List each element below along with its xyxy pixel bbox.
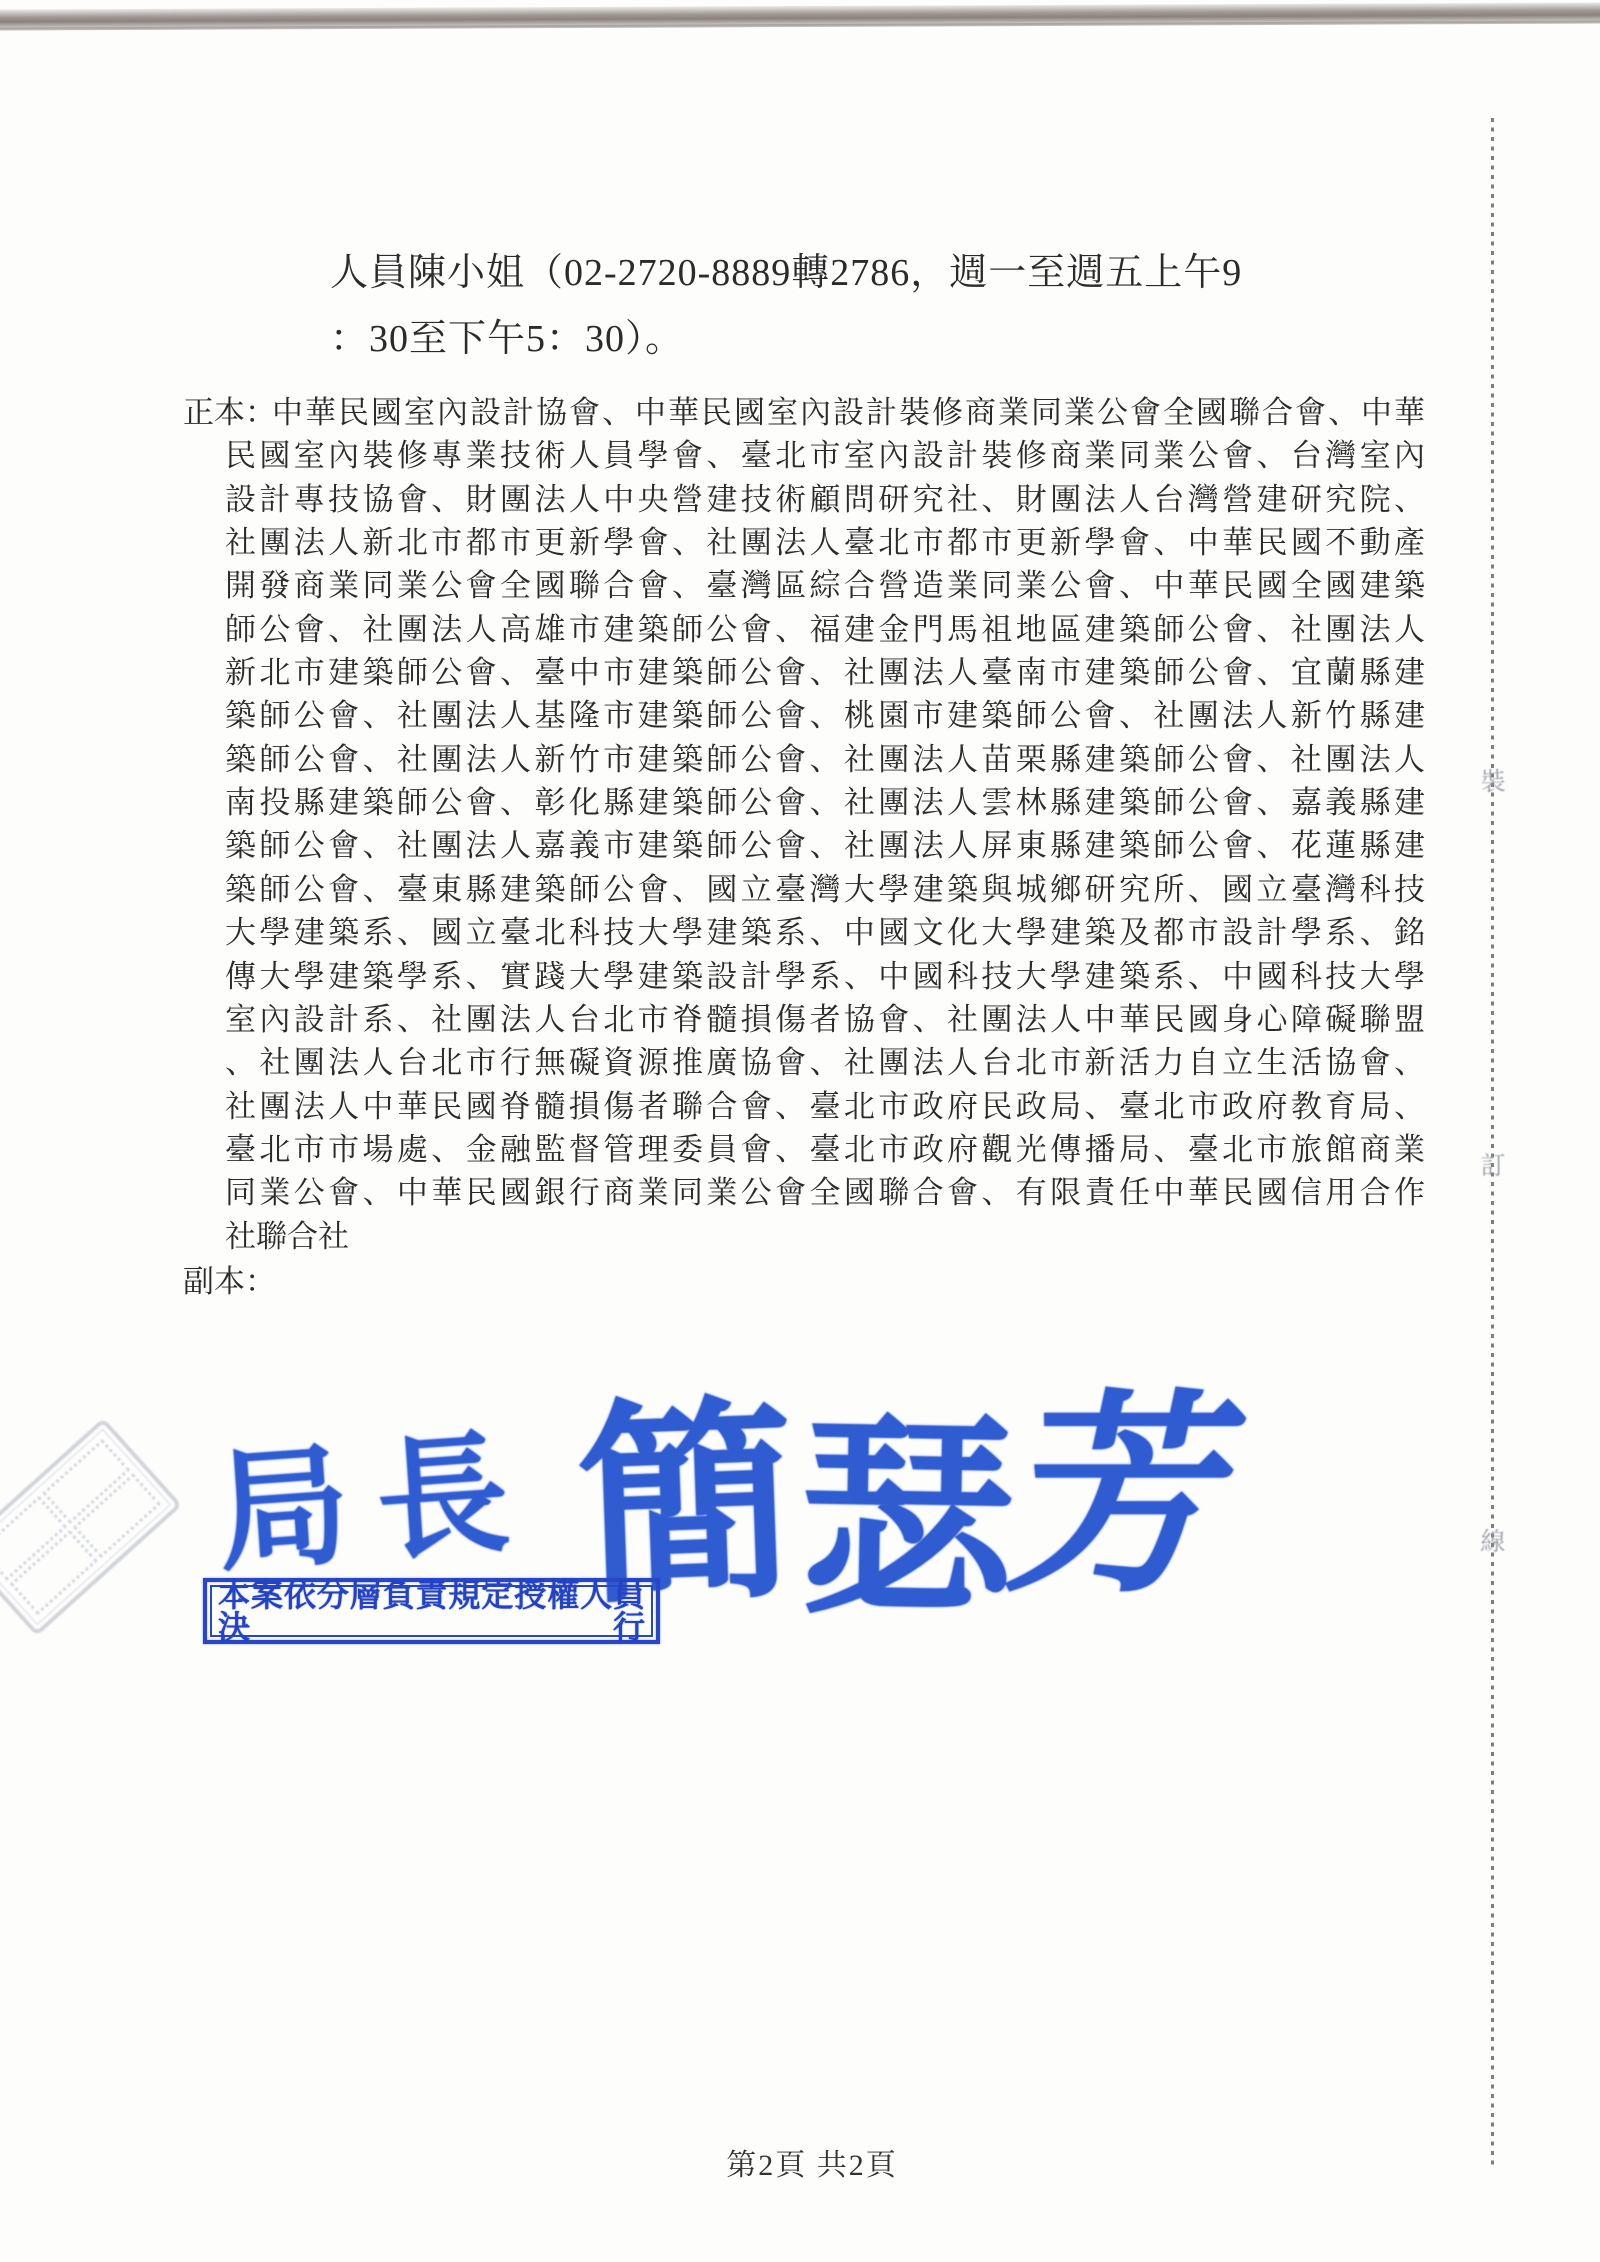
binding-dotted-line	[1491, 118, 1494, 2166]
recipient-line: 社團法人新北市都市更新學會、社團法人臺北市都市更新學會、中華民國不動產	[225, 521, 1425, 564]
scanned-document-page: 裝 訂 線 人員陳小姐（02-2720-8889轉2786，週一至週五上午9 ：…	[0, 0, 1600, 2262]
recipient-line: 築師公會、社團法人新竹市建築師公會、社團法人苗栗縣建築師公會、社團法人	[225, 738, 1425, 781]
name-char-3: 芳	[991, 1322, 1279, 1633]
recipient-line: 築師公會、臺東縣建築師公會、國立臺灣大學建築與城鄉研究所、國立臺灣科技	[225, 868, 1425, 911]
recipient-line: 社團法人中華民國脊髓損傷者聯合會、臺北市政府民政局、臺北市政府教育局、	[225, 1085, 1425, 1128]
recipient-line: 、社團法人台北市行無礙資源推廣協會、社團法人台北市新活力自立生活協會、	[225, 1041, 1425, 1084]
delegation-stamp-inner-border: 本案依分層負責規定授權人員決行	[210, 1585, 653, 1637]
director-name-stamp: 簡瑟芳	[578, 1330, 1244, 1641]
contact-paragraph: 人員陳小姐（02-2720-8889轉2786，週一至週五上午9 ：30至下午5…	[330, 240, 1460, 372]
page-number-footer: 第2頁 共2頁	[726, 2140, 898, 2184]
faint-paging-seal-stamp	[0, 1418, 182, 1637]
recipient-line: 南投縣建築師公會、彰化縣建築師公會、社團法人雲林縣建築師公會、嘉義縣建	[225, 781, 1425, 824]
name-char-2: 瑟	[797, 1344, 1024, 1659]
recipient-line: 室內設計系、社團法人台北市脊髓損傷者協會、社團法人中華民國身心障礙聯盟	[225, 998, 1425, 1041]
paging-seal-inner	[0, 1429, 171, 1625]
director-title-stamp: 局長	[210, 1385, 542, 1597]
delegation-stamp-text: 本案依分層負責規定授權人員決行	[212, 1579, 651, 1643]
recipient-line: 臺北市市場處、金融監督管理委員會、臺北市政府觀光傳播局、臺北市旅館商業	[225, 1128, 1425, 1171]
recipient-line: 傳大學建築學系、實踐大學建築設計學系、中國科技大學建築系、中國科技大學	[225, 955, 1425, 998]
binding-mark-zhuang: 裝	[1475, 761, 1511, 799]
recipient-line: 同業公會、中華民國銀行商業同業公會全國聯合會、有限責任中華民國信用合作	[225, 1171, 1425, 1214]
recipients-label: 正本：	[183, 391, 276, 434]
contact-line-1: 人員陳小姐（02-2720-8889轉2786，週一至週五上午9	[330, 240, 1460, 306]
recipient-line: 築師公會、社團法人嘉義市建築師公會、社團法人屏東縣建築師公會、花蓮縣建	[225, 824, 1425, 867]
recipient-line: 民國室內裝修專業技術人員學會、臺北市室內設計裝修商業同業公會、台灣室內	[225, 434, 1425, 477]
binding-mark-ding: 訂	[1476, 1146, 1510, 1182]
recipient-line: 大學建築系、國立臺北科技大學建築系、中國文化大學建築及都市設計學系、銘	[225, 911, 1425, 954]
recipients-list: 民國室內裝修專業技術人員學會、臺北市室內設計裝修商業同業公會、台灣室內設計專技協…	[225, 434, 1425, 1258]
binding-mark-xian: 線	[1475, 1521, 1510, 1558]
recipient-line: 新北市建築師公會、臺中市建築師公會、社團法人臺南市建築師公會、宜蘭縣建	[225, 651, 1425, 694]
delegation-stamp-box: 本案依分層負責規定授權人員決行	[203, 1578, 660, 1644]
recipient-line: 師公會、社團法人高雄市建築師公會、福建金門馬祖地區建築師公會、社團法人	[225, 608, 1425, 651]
recipient-line: 社聯合社	[225, 1215, 1425, 1258]
cc-label: 副本：	[183, 1260, 276, 1303]
recipient-line: 中華民國室內設計協會、中華民國室內設計裝修商業同業公會全國聯合會、中華	[272, 391, 1425, 434]
recipient-line: 開發商業同業公會全國聯合會、臺灣區綜合營造業同業公會、中華民國全國建築	[225, 564, 1425, 607]
recipient-line: 設計專技協會、財團法人中央營建技術顧問研究社、財團法人台灣營建研究院、	[225, 478, 1425, 521]
recipient-line: 築師公會、社團法人基隆市建築師公會、桃園市建築師公會、社團法人新竹縣建	[225, 694, 1425, 737]
contact-line-2: ：30至下午5：30）。	[330, 306, 1460, 372]
